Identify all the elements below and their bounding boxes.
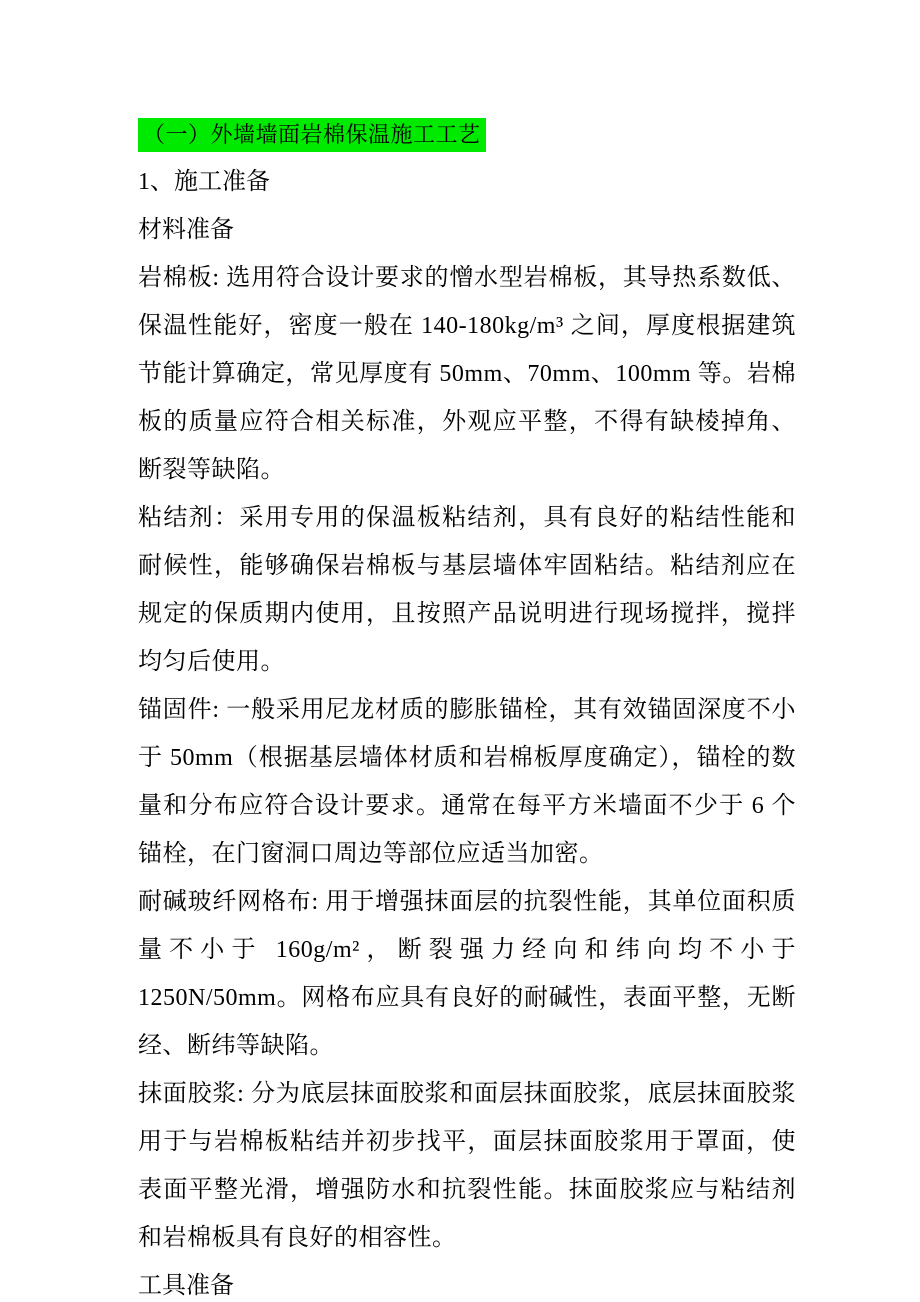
subheading-tool-prep: 工具准备: [138, 1262, 796, 1302]
paragraph-anchor-fittings: 锚固件: 一般采用尼龙材质的膨胀锚栓，其有效锚固深度不小于 50mm（根据基层墙…: [138, 686, 796, 878]
document-page: （一）外墙墙面岩棉保温施工工艺 1、施工准备 材料准备 岩棉板: 选用符合设计要…: [0, 0, 920, 1302]
paragraph-rockwool-board: 岩棉板: 选用符合设计要求的憎水型岩棉板，其导热系数低、保温性能好，密度一般在 …: [138, 254, 796, 494]
document-title-line: （一）外墙墙面岩棉保温施工工艺: [138, 118, 796, 152]
paragraph-surface-mortar: 抹面胶浆: 分为底层抹面胶浆和面层抹面胶浆，底层抹面胶浆用于与岩棉板粘结并初步找…: [138, 1070, 796, 1262]
section-heading-construction-prep: 1、施工准备: [138, 158, 796, 206]
paragraph-adhesive: 粘结剂：采用专用的保温板粘结剂，具有良好的粘结性能和耐候性，能够确保岩棉板与基层…: [138, 494, 796, 686]
document-content: （一）外墙墙面岩棉保温施工工艺 1、施工准备 材料准备 岩棉板: 选用符合设计要…: [0, 0, 920, 1302]
paragraph-alkali-resistant-mesh: 耐碱玻纤网格布: 用于增强抹面层的抗裂性能，其单位面积质量不小于 160g/m²…: [138, 878, 796, 1070]
subheading-material-prep: 材料准备: [138, 206, 796, 254]
highlighted-title: （一）外墙墙面岩棉保温施工工艺: [138, 118, 486, 152]
